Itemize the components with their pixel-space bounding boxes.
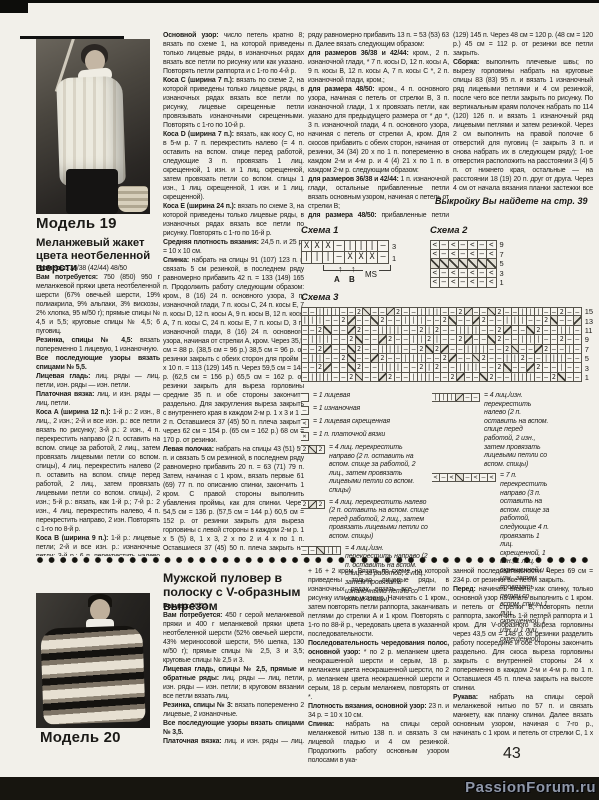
legend-item: × = 1 п. платочной вязки (301, 431, 429, 441)
stitch-symbol-icon: < (301, 419, 309, 428)
paragraph: Все последующие узоры вязать спицами № 5… (36, 354, 160, 372)
paragraph: Коса А (ширина 12 п.): 1-й р.: 2 изн., 8… (36, 408, 160, 534)
schema-1-title: Схема 1 (301, 225, 401, 236)
stitch-symbol-icon: 22 (301, 445, 325, 454)
instruction-column-2: Основной узор: число петель кратно 8; вя… (163, 31, 304, 553)
paragraph: Рукава: набрать на спицы серой меланжево… (453, 693, 593, 739)
rapport-bracket (323, 265, 391, 271)
model-skirt (66, 169, 118, 214)
paragraph: Последовательность чередования полос, ос… (308, 639, 449, 702)
arrow-up-icon: ↑ (338, 264, 343, 274)
stitch-symbol-icon: |||–– (432, 393, 480, 402)
instruction-column-3-bottom: + 16 + 2 кром. Вязать по схеме, на котор… (308, 567, 449, 765)
rapport-ms-label: MS (363, 270, 379, 279)
arrow-a-label: А (334, 275, 340, 284)
legend-item: < = 1 лицевая скрещенная (301, 418, 429, 428)
paragraph: Коса D (ширина 7 п.): вязать, как косу С… (163, 130, 304, 202)
paragraph: Платочная вязка: лиц. и изн. ряды — лиц.… (163, 737, 304, 747)
model19-title: Модель 19 (36, 215, 117, 232)
arrow-up-icon: ↑ (351, 264, 356, 274)
schema-1-rapport-markers: ↑ ↑ А В MS (301, 264, 401, 288)
paragraph: Плотность вязания, основной узор: 23 п. … (308, 702, 449, 720)
scan-edge-bar (0, 0, 599, 3)
model19-photo (36, 39, 150, 214)
stitch-symbol-icon: – (301, 406, 309, 415)
paragraph: (129) 145 п. Через 48 см = 120 р. (48 см… (453, 31, 593, 58)
stitch-symbol-icon (301, 393, 309, 402)
schema-1: Схема 1 XXX–|||–3|||–XXX–1 ↑ ↑ А В MS (301, 225, 401, 288)
schema-2-title: Схема 2 (430, 225, 504, 236)
schema-1-grid: XXX–|||–3|||–XXX–1 (301, 240, 401, 264)
watermark: PassionForum.ru (465, 779, 596, 796)
paragraph: Левая полочка: набрать на спицы 43 (51) … (163, 445, 304, 553)
schema-3-grid: ––|||––2––2––|||––2––2––|||––2––15|||––2… (301, 307, 593, 382)
legend-item: – = 1 изнаночная (301, 405, 429, 415)
paragraph: Резинка, спицы № 4,5: вязать попеременно… (36, 336, 160, 354)
paragraph: Все последующие узоры вязать спицами № 3… (163, 719, 304, 737)
paragraph: Коса С (ширина 7 п.): вязать по схеме 2,… (163, 76, 304, 130)
paragraph: ряду равномерно прибавить 13 п. = 53 (53… (308, 31, 449, 49)
stitch-symbol-icon: 22 (301, 500, 325, 509)
paragraph: для размеров 36/38 и 42/44: 1 п. изнаноч… (308, 175, 449, 211)
paragraph: занной последовательности. Через 69 см =… (453, 567, 593, 585)
paragraph: Резинка, спицы № 3: вязать попеременно 2… (163, 701, 304, 719)
instruction-column-4: (129) 145 п. Через 48 см = 120 р. (48 см… (453, 31, 593, 193)
legend-item: 22 = 4 лиц. перекрестить налево (2 п. ос… (301, 499, 429, 542)
arrow-b-label: В (349, 275, 355, 284)
pattern-reference-note: Выкройку Вы найдете на стр. 39 (435, 196, 593, 206)
paragraph: Вам потребуется: 750 (850) 950 г меланже… (36, 273, 160, 336)
paragraph: для размера 48/50: прибавленные петли вя… (308, 211, 449, 221)
stitch-symbol-icon: × (301, 432, 309, 441)
page-number: 43 (503, 745, 521, 763)
paragraph: + 16 + 2 кром. Вязать по схеме, на котор… (308, 567, 449, 639)
paragraph: Вам потребуется: 450 г серой меланжевой … (163, 611, 304, 665)
scan-corner-block (0, 0, 28, 13)
schema-2-grid: <–<–<–<9<–<–<–<75<–<–<–<3<–<–<–<1 (430, 240, 504, 288)
paragraph: Сборка: выполнить плечевые швы; по вырез… (453, 58, 593, 193)
instruction-column-2-bottom: Размер: 50/52Вам потребуется: 450 г серо… (163, 602, 304, 747)
instruction-column-3: ряду равномерно прибавить 13 п. = 53 (53… (308, 31, 449, 221)
model20-title: Модель 20 (40, 729, 121, 746)
schema-3: Схема 3 ––|||––2––2––|||––2––2––|||––2––… (301, 292, 593, 382)
schema-2: Схема 2 <–<–<–<9<–<–<–<75<–<–<–<3<–<–<–<… (430, 225, 504, 288)
stitch-symbol-icon: <–<–<–< (432, 473, 496, 482)
paragraph: Лицевая гладь: лиц. ряды — лиц. петли, и… (36, 372, 160, 390)
paragraph: Размеры: 36/38 (42/44) 48/50 (36, 264, 160, 273)
paragraph: Коса Е (ширина 24 п.): вязать по схеме 3… (163, 202, 304, 238)
paragraph: Лицевая гладь, спицы № 2,5, прямые и обр… (163, 665, 304, 701)
paragraph: для размеров 36/38 и 42/44: кром., 2 п. … (308, 49, 449, 85)
paragraph: Спинка: набрать на спицы серой меланжево… (308, 720, 449, 765)
stitch-symbol-icon: ––|| (301, 546, 341, 555)
paragraph: Коса В (ширина 9 п.): 1-й р.: лицевые пе… (36, 534, 160, 556)
paragraph: Спинка: набрать на спицы 91 (107) 123 п.… (163, 256, 304, 445)
magazine-page: Модель 19 Меланжевый жакет цвета неотбел… (0, 0, 599, 800)
paragraph: Платочная вязка: лиц. и изн. ряды — лиц.… (36, 390, 160, 408)
model20-photo (36, 593, 150, 728)
legend-item: 22 = 4 лиц. перекрестить направо (2 п. о… (301, 444, 429, 496)
model-striped-pullover (40, 625, 145, 725)
paragraph: Размер: 50/52 (163, 602, 304, 611)
instruction-column-1: Размеры: 36/38 (42/44) 48/50Вам потребуе… (36, 264, 160, 556)
schema-3-title: Схема 3 (301, 292, 593, 303)
legend-item: = 1 лицевая (301, 392, 429, 402)
paragraph: Перед: начинать вязать, как спинку, толь… (453, 585, 593, 693)
paragraph: для размера 48/50: кром., 4 п. основного… (308, 85, 449, 175)
paragraph: Основной узор: число петель кратно 8; вя… (163, 31, 304, 76)
instruction-column-4-bottom: занной последовательности. Через 69 см =… (453, 567, 593, 739)
photo-basket (118, 186, 148, 212)
model-face (90, 599, 110, 621)
dotted-divider (36, 556, 592, 564)
paragraph: Средняя плотность вязания: 24,5 п. и 25 … (163, 238, 304, 256)
legend-item: |||–– = 4 лиц./изн. перекрестить налево … (432, 392, 550, 469)
